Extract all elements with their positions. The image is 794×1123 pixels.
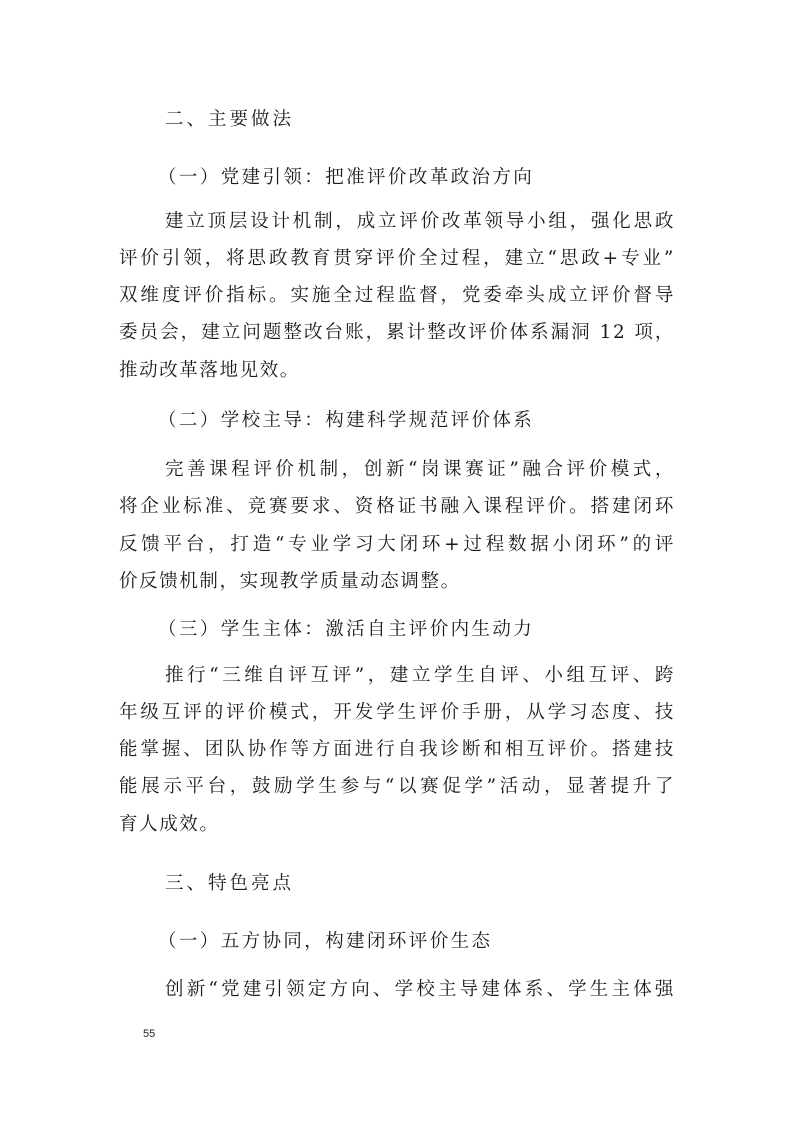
paragraph-line: 反馈平台，打造“专业学习大闭环+过程数据小闭环”的评 [119, 533, 675, 557]
paragraph-line: 委员会，建立问题整改台账，累计整改评价体系漏洞 12 项， [119, 321, 675, 345]
paragraph-line: 推行“三维自评互评”，建立学生自评、小组互评、跨 [165, 664, 675, 688]
section-heading-main-practices: 二、主要做法 [165, 108, 721, 132]
paragraph-line: 育人成效。 [119, 813, 675, 837]
paragraph-line: 将企业标准、竞赛要求、资格证书融入课程评价。搭建闭环 [119, 495, 675, 519]
paragraph-line: 能掌握、团队协作等方面进行自我诊断和相互评价。搭建技 [119, 738, 675, 762]
paragraph-line: 价反馈机制，实现教学质量动态调整。 [119, 570, 675, 594]
paragraph-line: 创新“党建引领定方向、学校主导建体系、学生主体强 [165, 978, 675, 1002]
paragraph-line: 双维度评价指标。实施全过程监督，党委牵头成立评价督导 [119, 284, 675, 308]
subsection-title-student-subject: （三）学生主体：激活自主评价内生动力 [158, 618, 714, 642]
paragraph-line: 能展示平台，鼓励学生参与“以赛促学”活动，显著提升了 [119, 775, 675, 799]
section-heading-highlights: 三、特色亮点 [165, 872, 721, 896]
paragraph-line: 年级互评的评价模式，开发学生评价手册，从学习态度、技 [119, 701, 675, 725]
page-number: 55 [143, 1028, 155, 1040]
subsection-title-five-party-collaboration: （一）五方协同，构建闭环评价生态 [158, 930, 714, 954]
subsection-title-school-leadership: （二）学校主导：构建科学规范评价体系 [158, 409, 714, 433]
subsection-title-party-leadership: （一）党建引领：把准评价改革政治方向 [158, 166, 714, 190]
paragraph-line: 完善课程评价机制，创新“岗课赛证”融合评价模式， [165, 458, 675, 482]
paragraph-line: 建立顶层设计机制，成立评价改革领导小组，强化思政 [165, 210, 675, 234]
paragraph-line: 推动改革落地见效。 [119, 359, 675, 383]
paragraph-line: 评价引领，将思政教育贯穿评价全过程，建立“思政+专业” [119, 247, 675, 271]
